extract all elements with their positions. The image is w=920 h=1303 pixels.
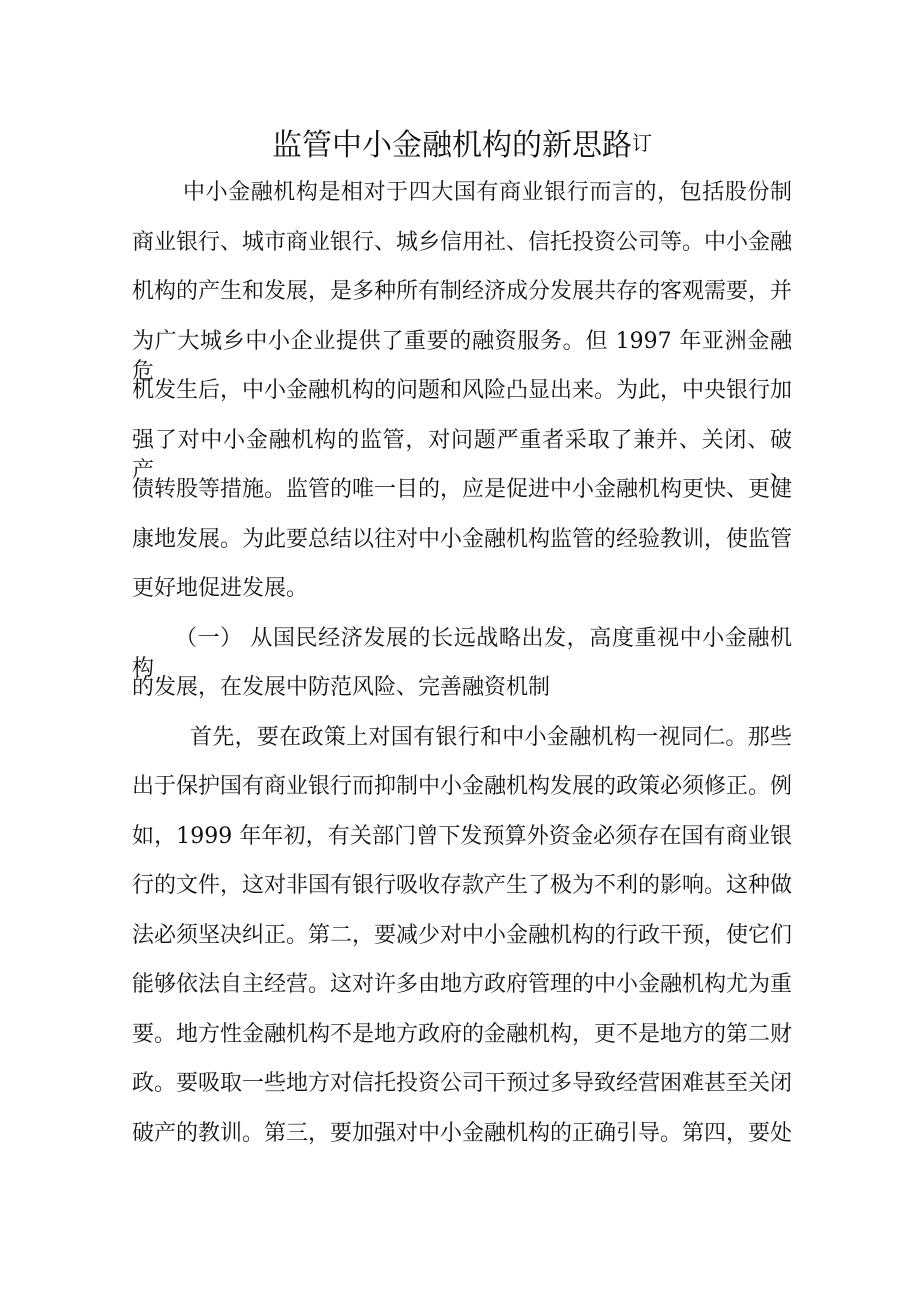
footnote-marker: 订	[632, 131, 652, 155]
text-line: 能够依法自主经营。这对许多由地方政府管理的中小金融机构尤为重	[132, 970, 792, 1020]
text-line: 强了对中小金融机构的监管，对问题严重者采取了兼并、关闭、破产、	[132, 426, 792, 476]
text-line: 机构的产生和发展，是多种所有制经济成分发展共存的客观需要，并	[132, 277, 792, 327]
text-line: 行的文件，这对非国有银行吸收存款产生了极为不利的影响。这种做	[132, 871, 792, 921]
text-line: 要。地方性金融机构不是地方政府的金融机构，更不是地方的第二财	[132, 1020, 792, 1070]
text-line: 机发生后，中小金融机构的问题和风险凸显出来。为此，中央银行加	[132, 376, 792, 426]
text-line: 更好地促进发展。	[132, 574, 792, 624]
document-page: 监管中小金融机构的新思路订 中小金融机构是相对于四大国有商业银行而言的，包括股份…	[0, 0, 920, 1303]
text-line: 中小金融机构是相对于四大国有商业银行而言的，包括股份制	[132, 178, 792, 228]
text-line: 首先，要在政策上对国有银行和中小金融机构一视同仁。那些	[132, 723, 792, 773]
text-line: 的发展，在发展中防范风险、完善融资机制	[132, 673, 792, 723]
text-line: 为广大城乡中小企业提供了重要的融资服务。但 1997 年亚洲金融危	[132, 327, 792, 377]
text-line: 商业银行、城市商业银行、城乡信用社、信托投资公司等。中小金融	[132, 228, 792, 278]
text-line: 法必须坚决纠正。第二，要减少对中小金融机构的行政干预，使它们	[132, 921, 792, 971]
text-line: 如，1999 年年初，有关部门曾下发预算外资金必须存在国有商业银	[132, 822, 792, 872]
text-line: 出于保护国有商业银行而抑制中小金融机构发展的政策必须修正。例	[132, 772, 792, 822]
document-body: 中小金融机构是相对于四大国有商业银行而言的，包括股份制商业银行、城市商业银行、城…	[132, 178, 792, 1168]
page-title: 监管中小金融机构的新思路订	[132, 125, 792, 164]
text-line: （一） 从国民经济发展的长远战略出发，高度重视中小金融机构	[132, 624, 792, 674]
text-line: 政。要吸取一些地方对信托投资公司干预过多导致经营困难甚至关闭	[132, 1069, 792, 1119]
page-title-text: 监管中小金融机构的新思路	[272, 128, 632, 163]
text-line: 破产的教训。第三，要加强对中小金融机构的正确引导。第四，要处	[132, 1119, 792, 1169]
text-line: 债转股等措施。监管的唯一目的，应是促进中小金融机构更快、更健	[132, 475, 792, 525]
text-line: 康地发展。为此要总结以往对中小金融机构监管的经验教训，使监管	[132, 525, 792, 575]
